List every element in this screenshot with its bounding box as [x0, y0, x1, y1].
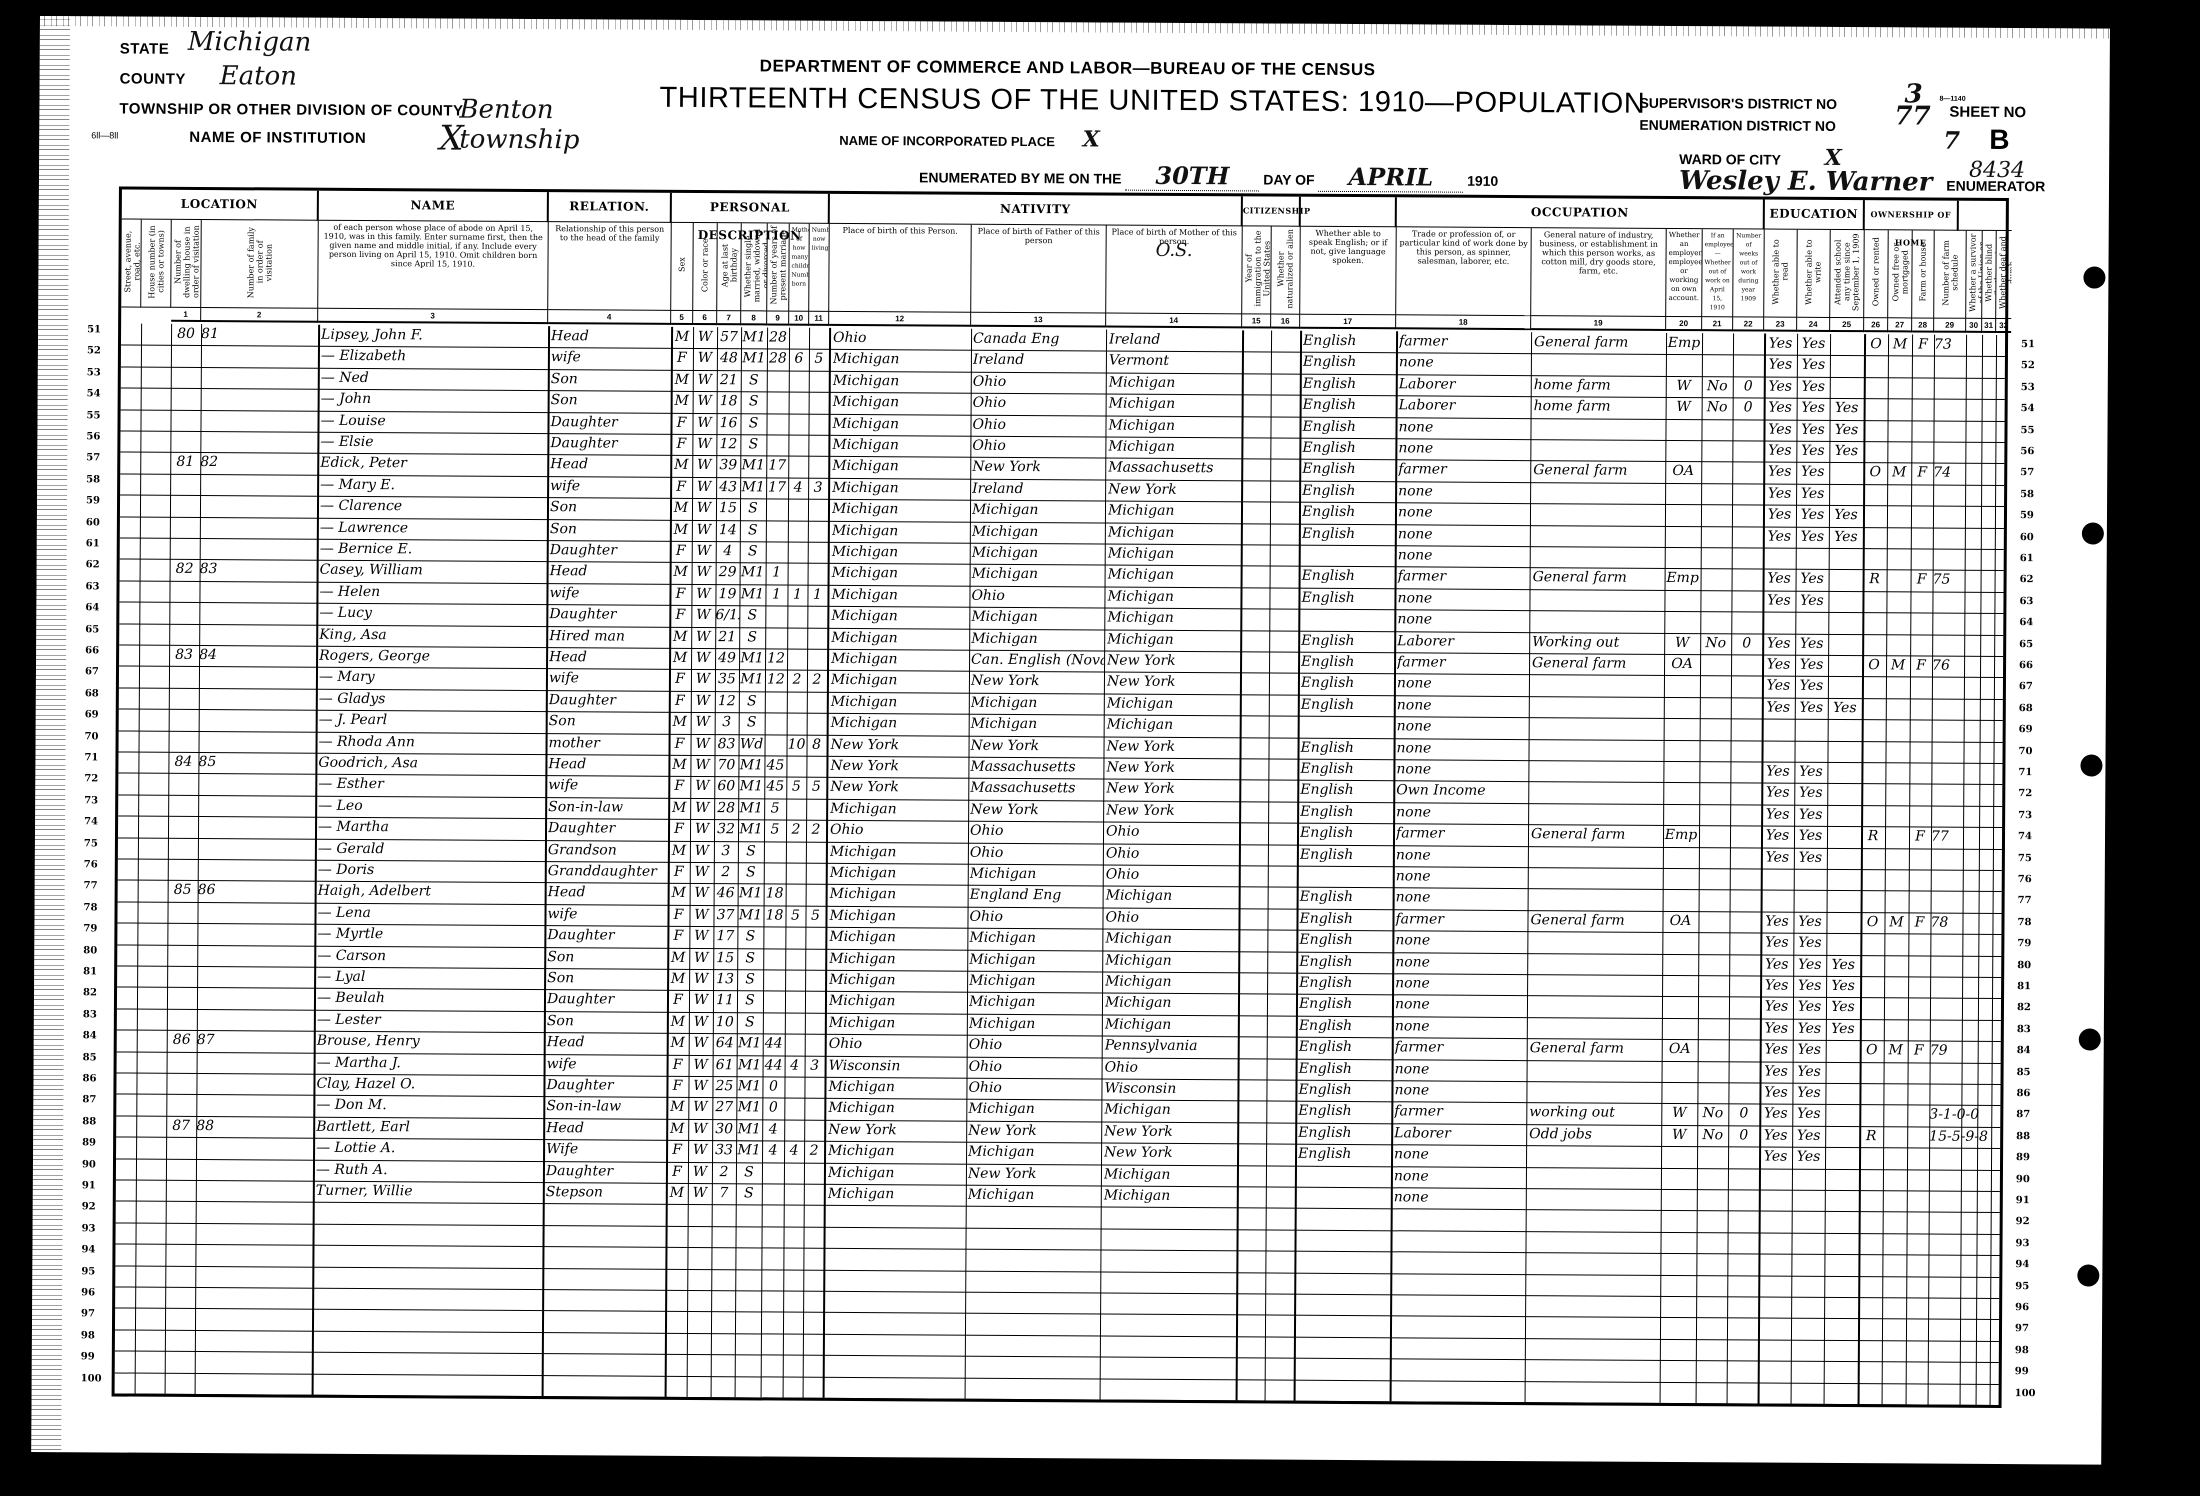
- cell-birthplace: Michigan: [832, 500, 970, 520]
- cell-class: [1665, 548, 1701, 567]
- cell-farm: [1907, 1084, 1929, 1103]
- cell-father-bp: Michigan: [969, 950, 1102, 970]
- cell-weeks: [1732, 484, 1763, 503]
- cell-out: [1698, 1062, 1729, 1081]
- cell-owned: [1863, 442, 1887, 461]
- cell-race: W: [690, 884, 714, 903]
- cell-english: English: [1303, 396, 1396, 416]
- cell-owned: [1862, 613, 1886, 632]
- group-citizenship: CITIZENSHIP: [1243, 196, 1301, 226]
- col-relation: Relationship of this person to the head …: [548, 222, 672, 311]
- cell-weeks: [1728, 1169, 1759, 1188]
- line-number: 54: [87, 388, 101, 399]
- cell-farm: [1907, 1191, 1929, 1210]
- cell-family: [196, 1160, 236, 1179]
- cell-mother-bp: Michigan: [1105, 973, 1238, 993]
- cell-occupation: none: [1396, 846, 1528, 866]
- cell-name: — John: [321, 390, 548, 410]
- cell-age: 2: [714, 863, 738, 882]
- cell-out: [1702, 334, 1733, 353]
- cell-school: [1828, 720, 1862, 739]
- cell-father-bp: Michigan: [968, 1100, 1101, 1120]
- cell-weeks: [1732, 506, 1763, 525]
- cell-living: [807, 628, 827, 647]
- cell-schedule: 76: [1932, 657, 2009, 676]
- cell-nat: [1270, 439, 1299, 458]
- cell-years-married: 4: [762, 1142, 784, 1161]
- cell-owned: [1863, 485, 1887, 504]
- cell-name: — Mary: [319, 668, 546, 688]
- cell-born: [787, 714, 807, 733]
- cell-sex: M: [669, 649, 691, 668]
- cell-family: [199, 625, 239, 644]
- cell-out: [1697, 1147, 1728, 1166]
- cell-write: Yes: [1796, 420, 1829, 439]
- cell-imm: [1238, 1059, 1267, 1078]
- cell-out: [1701, 441, 1732, 460]
- cell-school: [1828, 677, 1862, 696]
- cell-write: Yes: [1794, 827, 1827, 846]
- cell-family: [201, 346, 241, 365]
- cell-nat: [1267, 1016, 1296, 1035]
- cell-relation: Head: [550, 456, 670, 476]
- cell-read: Yes: [1764, 377, 1797, 396]
- cell-born: 1: [787, 585, 807, 604]
- cell-mother-bp: Michigan: [1108, 545, 1241, 565]
- cell-years-married: 45: [764, 778, 786, 797]
- cell-occupation: Laborer: [1399, 396, 1531, 416]
- cell-race: W: [693, 328, 717, 347]
- cell-weeks: [1731, 655, 1762, 674]
- cell-weeks: [1729, 1062, 1760, 1081]
- cell-owned: [1859, 1170, 1883, 1189]
- cell-school: [1827, 849, 1861, 868]
- cell-schedule: [1933, 421, 2010, 440]
- cell-industry: [1529, 1146, 1661, 1166]
- cell-mother-bp: New York: [1106, 780, 1239, 800]
- cell-out: [1698, 955, 1729, 974]
- right-line-number: 73: [2018, 810, 2032, 821]
- cell-years-married: [765, 628, 787, 647]
- cell-relation: wife: [550, 477, 670, 497]
- cell-mother-bp: Michigan: [1105, 1015, 1238, 1035]
- cell-out: No: [1700, 634, 1731, 653]
- line-number: 71: [84, 752, 98, 763]
- cell-age: 39: [716, 457, 740, 476]
- cell-imm: [1242, 331, 1271, 350]
- cell-dwelling: [170, 496, 200, 515]
- cell-read: Yes: [1761, 827, 1794, 846]
- cell-living: [804, 1099, 824, 1118]
- cell-weeks: 0: [1728, 1105, 1759, 1124]
- cell-age: 30: [712, 1120, 736, 1139]
- cell-dwelling: [168, 774, 198, 793]
- cell-owned: [1862, 699, 1886, 718]
- cell-owned: R: [1861, 827, 1885, 846]
- cell-family: [197, 988, 237, 1007]
- right-line-number: 88: [2016, 1131, 2030, 1142]
- cell-years-married: [762, 1184, 784, 1203]
- cell-write: Yes: [1793, 1041, 1826, 1060]
- cell-class: W: [1661, 1104, 1697, 1123]
- cell-years-married: 4: [762, 1120, 784, 1139]
- cell-english: English: [1302, 439, 1395, 459]
- cell-school: [1826, 934, 1860, 953]
- cell-farm: F: [1908, 913, 1930, 932]
- cell-mortgage: [1884, 934, 1908, 953]
- cell-occupation: none: [1398, 546, 1530, 566]
- col-family: Number of family in order of visitation: [201, 220, 319, 309]
- cell-read: Yes: [1764, 399, 1797, 418]
- cell-birthplace: Michigan: [828, 1142, 966, 1162]
- cell-farm: [1910, 614, 1932, 633]
- colnum-24: 24: [1797, 318, 1830, 332]
- cell-out: [1698, 976, 1729, 995]
- day-of-label: DAY OF: [1263, 171, 1314, 187]
- colnum-17: 17: [1300, 315, 1396, 330]
- cell-occupation: farmer: [1397, 653, 1529, 673]
- cell-family: 86: [198, 881, 238, 900]
- cell-living: 5: [806, 778, 826, 797]
- col-employer: Whether an employer, employee, or workin…: [1666, 229, 1703, 317]
- cell-read: Yes: [1761, 848, 1794, 867]
- cell-occupation: farmer: [1395, 1038, 1527, 1058]
- cell-mother-bp: Ireland: [1109, 331, 1242, 351]
- cell-owned: [1860, 1020, 1884, 1039]
- cell-father-bp: Michigan: [971, 608, 1104, 628]
- right-line-number: 59: [2020, 510, 2034, 521]
- cell-out: [1701, 463, 1732, 482]
- cell-industry: [1530, 932, 1662, 952]
- cell-mortgage: [1887, 442, 1911, 461]
- cell-age: 49: [715, 649, 739, 668]
- cell-school: Yes: [1829, 506, 1863, 525]
- colnum-14: 14: [1106, 314, 1242, 329]
- cell-farm: [1908, 1020, 1930, 1039]
- right-line-number: 90: [2016, 1174, 2030, 1185]
- cell-imm: [1242, 353, 1271, 372]
- right-line-number: 87: [2016, 1109, 2030, 1120]
- cell-english: [1302, 546, 1395, 566]
- cell-industry: [1533, 504, 1665, 524]
- cell-mother-bp: Wisconsin: [1104, 1080, 1237, 1100]
- punch-hole: [2083, 266, 2105, 288]
- cell-english: [1298, 1166, 1391, 1186]
- cell-out: No: [1702, 398, 1733, 417]
- col-owned-rented: Owned or rented: [1864, 230, 1889, 318]
- cell-school: [1830, 356, 1864, 375]
- cell-relation: wife: [548, 777, 668, 797]
- cell-industry: [1530, 954, 1662, 974]
- cell-mother-bp: Pennsylvania: [1105, 1037, 1238, 1057]
- cell-living: [809, 372, 829, 391]
- cell-imm: [1239, 802, 1268, 821]
- cell-owned: O: [1860, 913, 1884, 932]
- cell-dwelling: [170, 432, 200, 451]
- cell-school: [1830, 335, 1864, 354]
- right-line-number: 81: [2017, 981, 2031, 992]
- col-birthplace: Place of birth of this Person.: [829, 224, 972, 313]
- col-house-number: House number (in cities or towns): [141, 220, 172, 308]
- cell-dwelling: [167, 967, 197, 986]
- line-number: 80: [83, 945, 97, 956]
- census-table: LOCATION NAME RELATION. PERSONAL DESCRIP…: [112, 186, 2009, 1408]
- cell-occupation: none: [1398, 418, 1530, 438]
- cell-industry: [1532, 718, 1664, 738]
- cell-mortgage: [1885, 763, 1909, 782]
- cell-marital: S: [740, 542, 766, 561]
- cell-relation: Daughter: [550, 434, 670, 454]
- cell-race: W: [691, 713, 715, 732]
- cell-read: Yes: [1759, 1084, 1792, 1103]
- cell-living: 3: [805, 1056, 825, 1075]
- cell-sex: M: [667, 970, 689, 989]
- cell-mother-bp: New York: [1104, 1144, 1237, 1164]
- cell-name: Edick, Peter: [320, 454, 547, 474]
- cell-family: 82: [200, 453, 240, 472]
- cell-race: W: [688, 1077, 712, 1096]
- cell-industry: Odd jobs: [1529, 1125, 1661, 1145]
- line-number: 63: [85, 581, 99, 592]
- cell-owned: [1860, 934, 1884, 953]
- cell-race: W: [693, 392, 717, 411]
- cell-name: — Ned: [321, 369, 548, 389]
- cell-owned: [1859, 1084, 1883, 1103]
- cell-out: [1699, 805, 1730, 824]
- cell-class: [1664, 719, 1700, 738]
- cell-sex: F: [668, 863, 690, 882]
- cell-relation: Son: [550, 498, 670, 518]
- cell-nat: [1267, 931, 1296, 950]
- cell-birthplace: Michigan: [829, 971, 967, 991]
- incorporated-place: NAME OF INCORPORATED PLACE X: [839, 125, 1100, 153]
- cell-mortgage: [1883, 1106, 1907, 1125]
- line-number: 88: [82, 1116, 96, 1127]
- cell-mortgage: [1884, 1020, 1908, 1039]
- cell-occupation: farmer: [1399, 332, 1531, 352]
- cell-write: Yes: [1795, 699, 1828, 718]
- cell-out: No: [1697, 1105, 1728, 1124]
- cell-imm: [1239, 738, 1268, 757]
- cell-name: — Martha: [318, 818, 545, 838]
- page-stamp: 8434: [1969, 158, 2025, 183]
- group-personal: PERSONAL DESCRIPTION: [672, 193, 830, 224]
- cell-age: 57: [717, 328, 741, 347]
- cell-english: English: [1302, 417, 1395, 437]
- cell-relation: wife: [547, 1055, 667, 1075]
- cell-race: W: [691, 585, 715, 604]
- cell-age: 37: [713, 906, 737, 925]
- cell-out: [1701, 420, 1732, 439]
- sheet-side: B: [1989, 124, 2009, 156]
- cell-nat: [1267, 1038, 1296, 1057]
- cell-nat: [1267, 909, 1296, 928]
- cell-weeks: [1729, 955, 1760, 974]
- cell-farm: [1911, 421, 1933, 440]
- cell-nat: [1267, 1059, 1296, 1078]
- cell-weeks: [1730, 762, 1761, 781]
- cell-class: [1664, 676, 1700, 695]
- cell-dwelling: 83: [169, 646, 199, 665]
- cell-age: 14: [716, 521, 740, 540]
- cell-living: [805, 928, 825, 947]
- cell-weeks: [1728, 1083, 1759, 1102]
- cell-mother-bp: New York: [1104, 1122, 1237, 1142]
- cell-write: Yes: [1793, 977, 1826, 996]
- cell-born: [788, 521, 808, 540]
- cell-write: Yes: [1793, 913, 1826, 932]
- cell-name: — Beulah: [317, 989, 544, 1009]
- cell-years-married: [765, 607, 787, 626]
- cell-relation: Son: [551, 370, 671, 390]
- col-weeks-out: Number of weeks out of work during year …: [1733, 229, 1765, 317]
- cell-race: W: [692, 521, 716, 540]
- cell-mortgage: [1887, 421, 1911, 440]
- cell-occupation: none: [1394, 1081, 1526, 1101]
- right-line-number: 79: [2017, 938, 2031, 949]
- cell-write: Yes: [1795, 656, 1828, 675]
- cell-birthplace: Michigan: [833, 393, 971, 413]
- cell-write: [1794, 891, 1827, 910]
- cell-english: English: [1299, 1038, 1392, 1058]
- cell-name: — Bernice E.: [320, 540, 547, 560]
- cell-born: 5: [786, 778, 806, 797]
- cell-race: W: [689, 970, 713, 989]
- cell-birthplace: Ohio: [830, 821, 968, 841]
- colnum-19: 19: [1531, 316, 1666, 331]
- cell-schedule: 73: [1934, 336, 2011, 355]
- cell-years-married: [765, 735, 787, 754]
- cell-class: OA: [1662, 912, 1698, 931]
- cell-imm: [1237, 1187, 1266, 1206]
- cell-school: [1829, 549, 1863, 568]
- cell-relation: Head: [550, 563, 670, 583]
- cell-imm: [1239, 866, 1268, 885]
- cell-english: English: [1298, 1145, 1391, 1165]
- cell-relation: Head: [549, 648, 669, 668]
- cell-relation: Son-in-law: [546, 1098, 666, 1118]
- cell-industry: General farm: [1531, 825, 1663, 845]
- cell-english: English: [1301, 653, 1394, 673]
- cell-relation: Son: [547, 1012, 667, 1032]
- institution-label: NAME OF INSTITUTION: [189, 129, 366, 147]
- line-number: 94: [81, 1244, 95, 1255]
- cell-nat: [1266, 1081, 1295, 1100]
- line-number: 89: [82, 1137, 96, 1148]
- cell-born: [785, 1013, 805, 1032]
- cell-living: 2: [804, 1142, 824, 1161]
- cell-name: — Carson: [317, 946, 544, 966]
- cell-mortgage: [1886, 592, 1910, 611]
- cell-nat: [1266, 1166, 1295, 1185]
- group-relation: RELATION.: [549, 192, 672, 223]
- cell-father-bp: Ireland: [972, 479, 1105, 499]
- cell-owned: [1861, 742, 1885, 761]
- cell-occupation: none: [1398, 482, 1530, 502]
- county-label: COUNTY: [120, 70, 186, 87]
- cell-race: W: [688, 1163, 712, 1182]
- cell-farm: [1912, 357, 1934, 376]
- cell-mortgage: [1885, 742, 1909, 761]
- line-number: 81: [83, 966, 97, 977]
- cell-read: Yes: [1762, 634, 1795, 653]
- cell-marital: M1: [739, 585, 765, 604]
- cell-name: — Lucy: [319, 604, 546, 624]
- line-number: 90: [82, 1159, 96, 1170]
- col-farm-schedule: Number of farm schedule: [1934, 231, 1967, 319]
- cell-father-bp: Ohio: [972, 437, 1105, 457]
- cell-father-bp: Michigan: [972, 544, 1105, 564]
- line-number: 58: [86, 474, 100, 485]
- right-line-number: 63: [2019, 596, 2033, 607]
- cell-english: [1301, 717, 1394, 737]
- cell-age: 64: [713, 1034, 737, 1053]
- cell-marital: S: [740, 521, 766, 540]
- cell-occupation: farmer: [1395, 910, 1527, 930]
- cell-write: Yes: [1793, 1062, 1826, 1081]
- cell-family: [199, 710, 239, 729]
- right-line-number: 57: [2020, 467, 2034, 478]
- cell-born: 4: [788, 478, 808, 497]
- cell-born: [786, 864, 806, 883]
- cell-relation: Granddaughter: [548, 862, 668, 882]
- cell-schedule: 79: [1930, 1042, 2007, 1061]
- cell-class: [1664, 612, 1700, 631]
- cell-years-married: [767, 393, 789, 412]
- cell-marital: M1: [737, 1034, 763, 1053]
- cell-industry: Working out: [1532, 633, 1664, 653]
- township-value: Benton township: [459, 95, 580, 156]
- cell-marital: M1: [736, 1120, 762, 1139]
- cell-race: W: [689, 927, 713, 946]
- cell-industry: home farm: [1534, 376, 1666, 396]
- cell-schedule: [1934, 400, 2011, 419]
- cell-family: [198, 817, 238, 836]
- cell-weeks: 0: [1733, 399, 1764, 418]
- cell-birthplace: Michigan: [828, 1078, 966, 1098]
- cell-out: [1700, 591, 1731, 610]
- cell-family: [200, 518, 240, 537]
- cell-relation: Daughter: [549, 691, 669, 711]
- cell-living: 1: [807, 585, 827, 604]
- cell-mortgage: M: [1884, 1041, 1908, 1060]
- cell-write: Yes: [1792, 1105, 1825, 1124]
- cell-industry: General farm: [1532, 654, 1664, 674]
- cell-read: Yes: [1764, 356, 1797, 375]
- cell-age: 33: [712, 1141, 736, 1160]
- punch-hole: [2079, 1028, 2101, 1050]
- cell-nat: [1270, 524, 1299, 543]
- punch-hole: [2080, 754, 2102, 776]
- cell-years-married: 17: [766, 457, 788, 476]
- cell-weeks: [1731, 698, 1762, 717]
- cell-age: 48: [717, 350, 741, 369]
- cell-english: English: [1299, 931, 1392, 951]
- cell-class: [1663, 805, 1699, 824]
- cell-father-bp: Ohio: [969, 907, 1102, 927]
- cell-birthplace: Michigan: [828, 1099, 966, 1119]
- cell-read: Yes: [1763, 442, 1796, 461]
- cell-father-bp: Michigan: [971, 715, 1104, 735]
- cell-born: [785, 928, 805, 947]
- cell-father-bp: Can. English (Nova Scotia): [971, 651, 1104, 671]
- cell-out: [1698, 933, 1729, 952]
- colnum-11: 11: [809, 312, 829, 326]
- cell-born: [788, 500, 808, 519]
- cell-dwelling: [169, 731, 199, 750]
- line-number: 92: [82, 1202, 96, 1213]
- cell-race: W: [691, 670, 715, 689]
